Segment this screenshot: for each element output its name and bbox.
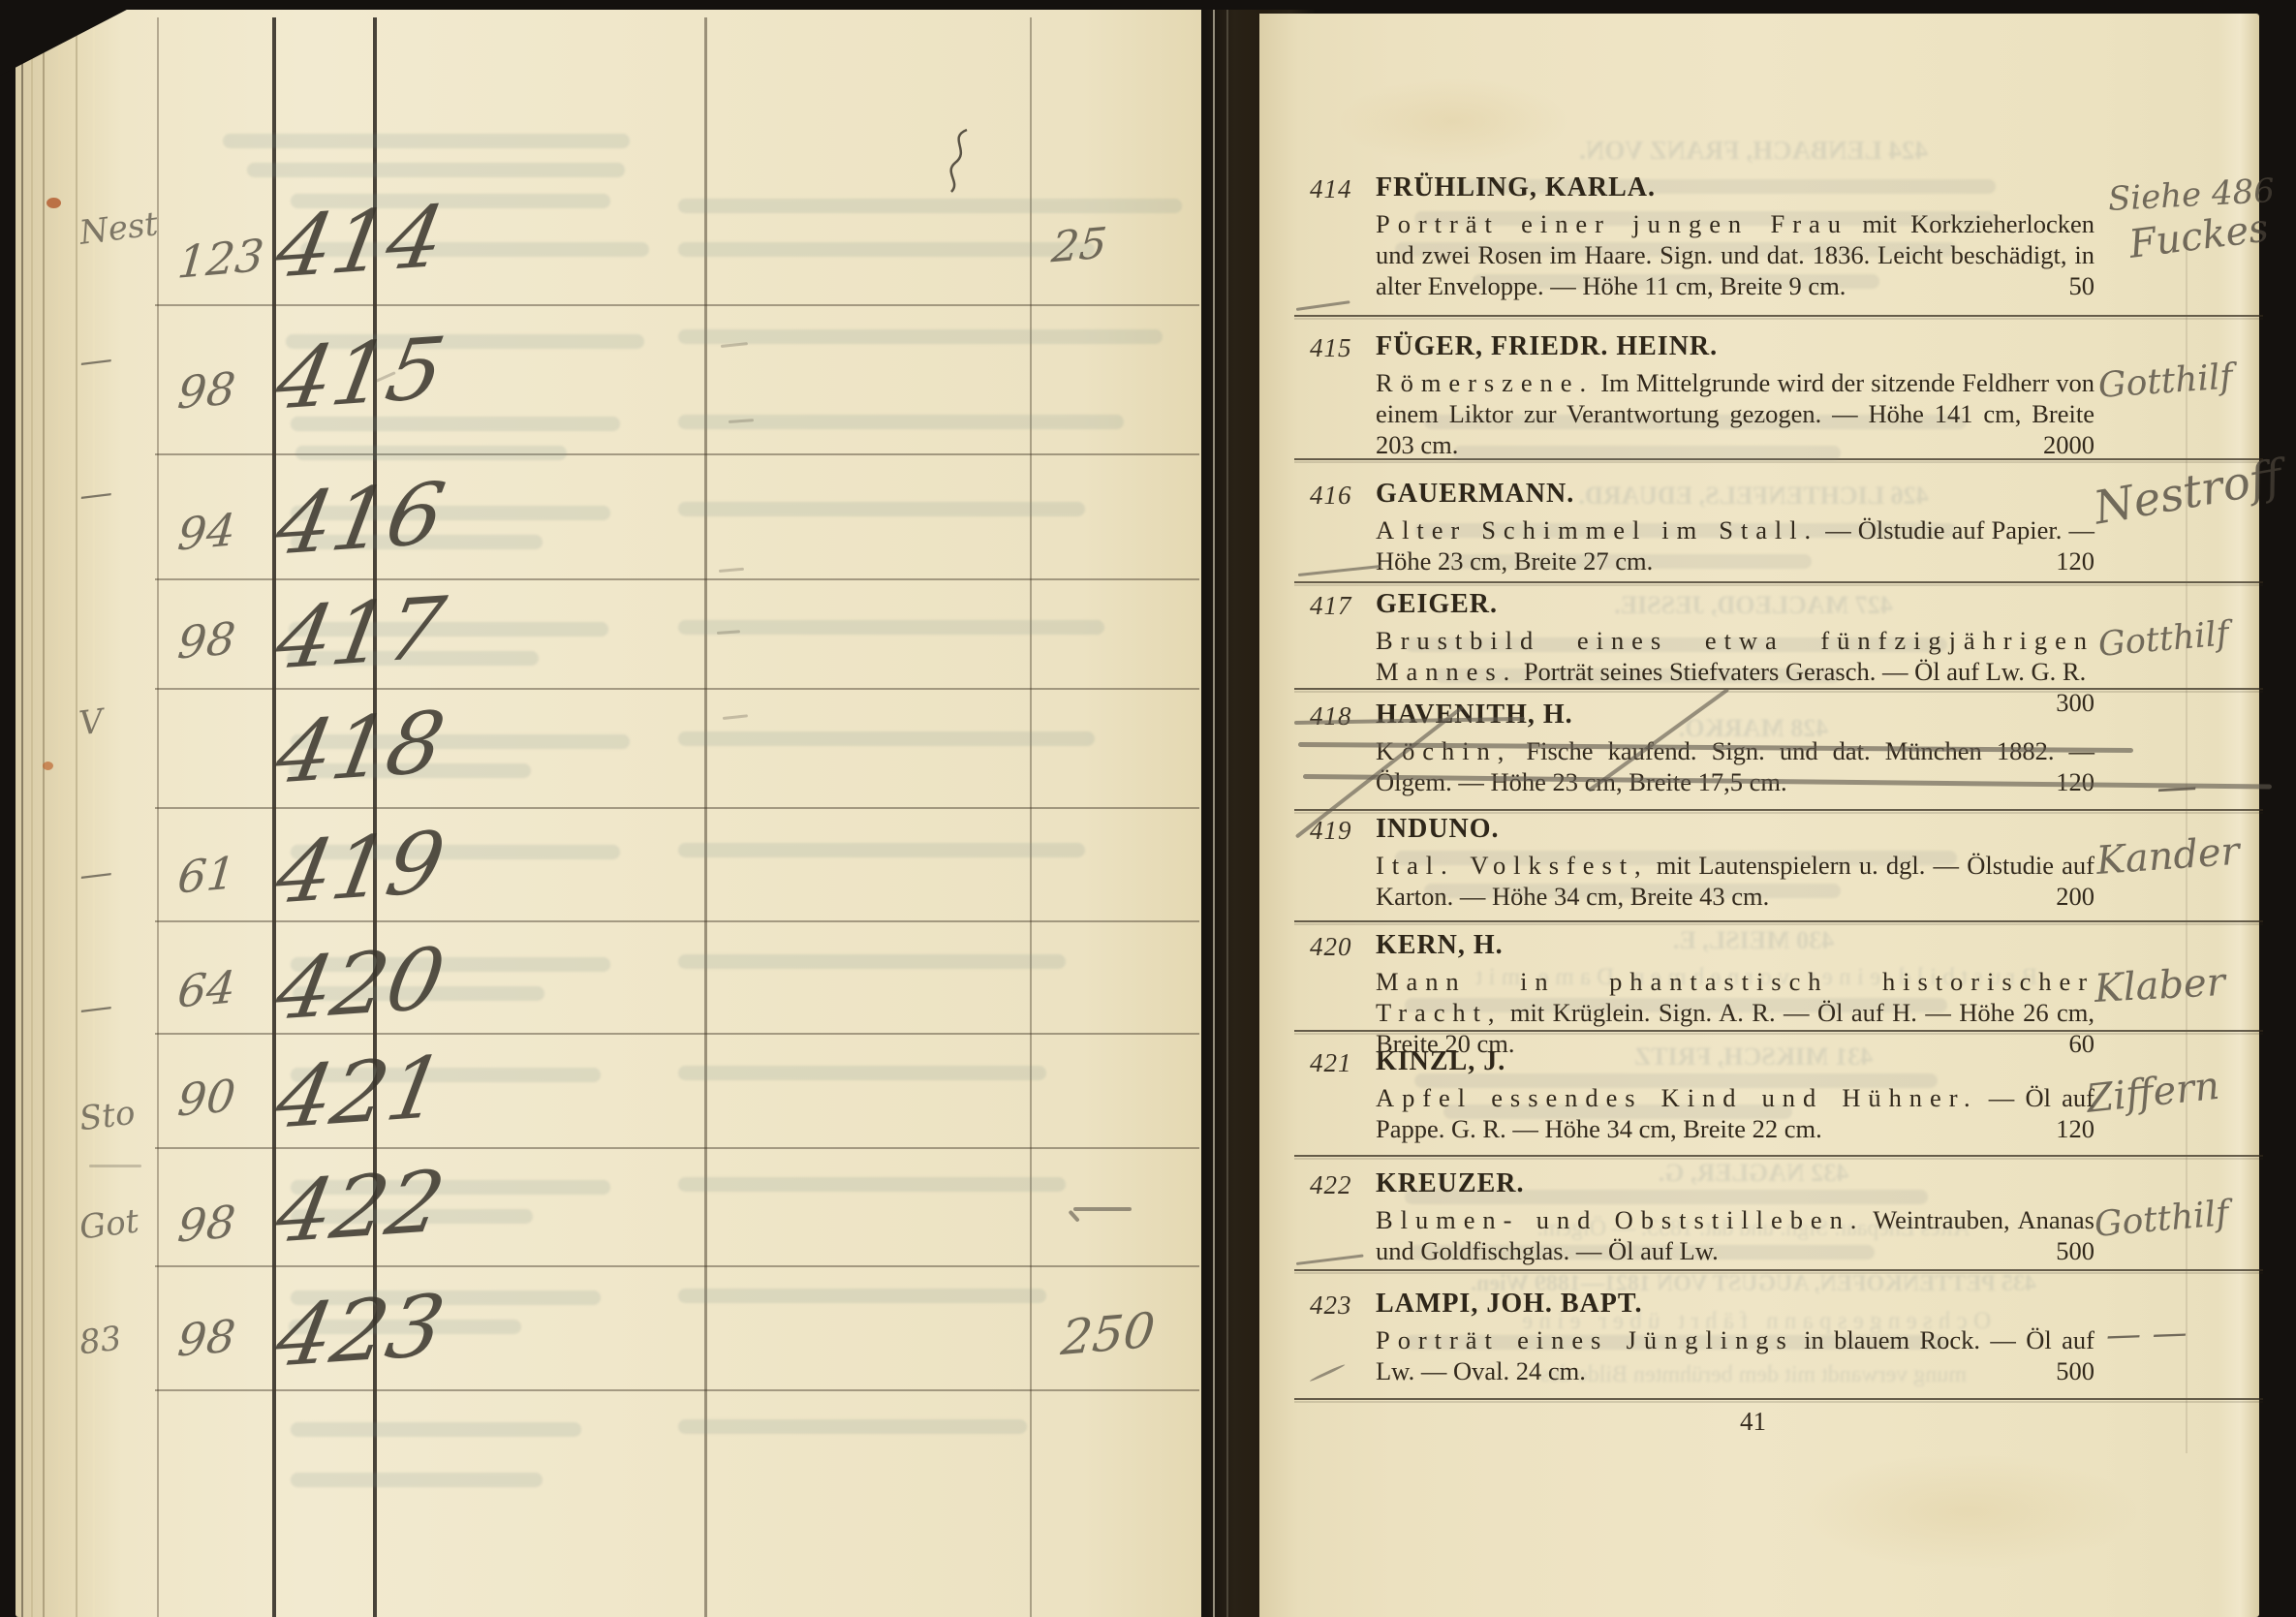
entry-number: 417 — [1310, 591, 1352, 621]
entry-description: Brustbild eines etwa fünfzigjährigen Man… — [1376, 625, 2094, 687]
entry-artist: KINZL, J. — [1376, 1046, 2096, 1077]
catalog-entry: 414FRÜHLING, KARLA.Porträt einer jungen … — [1310, 172, 2096, 301]
margin-note-handwritten: V — [78, 702, 106, 744]
lot-number-handwritten: 414 — [269, 186, 452, 296]
bleed-through-line — [291, 1473, 543, 1487]
entry-artist: GAUERMANN. — [1376, 479, 2096, 510]
rust-speck — [47, 198, 61, 208]
margin-note-handwritten: Got — [78, 1201, 141, 1247]
bleed-through-line — [678, 1289, 1046, 1303]
bleed-through-line — [678, 329, 1163, 344]
entry-price: 500 — [2056, 1235, 2094, 1266]
bleed-grid-line — [2186, 242, 2187, 1453]
ledger-vline — [704, 17, 707, 1617]
entry-divider-rule — [1294, 581, 2263, 583]
cover-top-edge — [0, 0, 2296, 10]
entry-number: 423 — [1310, 1290, 1352, 1321]
catalog-entry: 420KERN, H.Mann in phantastisch historis… — [1310, 930, 2096, 1059]
margin-note-handwritten: 83 — [78, 1320, 124, 1363]
entry-description: Alter Schimmel im Stall. — Ölstudie auf … — [1376, 514, 2094, 576]
paper-stain — [1337, 78, 1569, 165]
page-edge — [43, 12, 45, 1617]
bleed-through-line — [678, 242, 1095, 257]
ledger-vline — [1030, 17, 1032, 1617]
entry-description: Porträt eines Jünglings in blauem Rock. … — [1376, 1324, 2094, 1386]
ledger-hline — [155, 304, 1199, 306]
ink-squiggle — [938, 124, 986, 202]
entry-title-spaced: Porträt eines Jünglings — [1376, 1325, 1794, 1354]
page-edge — [76, 12, 78, 1617]
bleed-through-line — [678, 1177, 1066, 1192]
bleed-through-line — [678, 199, 1182, 213]
entry-divider-rule — [1294, 920, 2263, 922]
entry-number: 422 — [1310, 1170, 1352, 1200]
entry-number: 420 — [1310, 932, 1352, 962]
catalog-entry: 422KREUZER.Blumen- und Obststilleben. We… — [1310, 1168, 2096, 1266]
ledger-hline — [155, 807, 1199, 809]
margin-annotation-handwritten: Klaber — [2094, 960, 2226, 1011]
bleed-through-line — [678, 620, 1104, 635]
check-number-handwritten: 94 — [175, 504, 237, 561]
catalog-entry: 421KINZL, J.Apfel essendes Kind und Hühn… — [1310, 1046, 2096, 1144]
check-number-handwritten: 61 — [175, 847, 237, 904]
entry-description: Römerszene. Im Mittelgrunde wird der sit… — [1376, 367, 2094, 460]
bleed-through-line — [678, 1419, 1027, 1434]
entry-price: 120 — [2056, 545, 2094, 576]
entry-description: Ital. Volksfest, mit Lautenspielern u. d… — [1376, 850, 2094, 912]
check-number-handwritten: 98 — [175, 362, 237, 420]
check-number-handwritten: 98 — [175, 1196, 237, 1253]
pencil-hook — [1073, 1207, 1132, 1211]
margin-note-handwritten: — — [78, 473, 115, 515]
margin-note-handwritten: — — [78, 986, 115, 1029]
page-edge — [93, 12, 95, 1617]
entry-title-spaced: Mann in phantastisch historischer Tracht… — [1376, 967, 2094, 1027]
catalog-entry: 419INDUNO.Ital. Volksfest, mit Lautenspi… — [1310, 814, 2096, 912]
lot-number-handwritten: 420 — [269, 928, 452, 1039]
entry-title-spaced: Alter Schimmel im Stall. — [1376, 515, 1818, 544]
bleed-through-line — [291, 1422, 581, 1437]
entry-divider-rule — [1294, 315, 2263, 317]
entry-title-spaced: Ital. Volksfest, — [1376, 851, 1649, 880]
lot-number-handwritten: 417 — [269, 577, 452, 688]
entry-artist: INDUNO. — [1376, 814, 2096, 845]
entry-artist: LAMPI, JOH. BAPT. — [1376, 1289, 2096, 1320]
bleed-through-line — [247, 163, 625, 177]
entry-description: Mann in phantastisch historischer Tracht… — [1376, 966, 2094, 1059]
entry-divider-rule — [1294, 1398, 2263, 1400]
entry-title-spaced: Blumen- und Obststilleben. — [1376, 1205, 1864, 1234]
page-edge — [21, 12, 23, 1617]
page-edge — [58, 12, 60, 1617]
entry-artist: HAVENITH, H. — [1376, 700, 2096, 731]
paper-stain — [1792, 1453, 2141, 1570]
check-number-handwritten: 98 — [175, 1310, 237, 1367]
entry-artist: FRÜHLING, KARLA. — [1376, 172, 2096, 203]
catalog-entry: 415FÜGER, FRIEDR. HEINR.Römerszene. Im M… — [1310, 331, 2096, 460]
entry-number: 418 — [1310, 701, 1352, 731]
catalog-spread-scan: 414123Nest41598—41694—41798418V41961—420… — [0, 0, 2296, 1617]
ledger-vline — [157, 17, 159, 1617]
bleed-through-line — [678, 1066, 1046, 1080]
lot-number-handwritten: 419 — [269, 812, 452, 922]
bleed-through-line — [678, 954, 1066, 969]
lot-number-handwritten: 423 — [269, 1275, 452, 1385]
price-mark-handwritten: 250 — [1059, 1302, 1158, 1366]
pencil-underline — [89, 1165, 141, 1167]
price-mark-handwritten: 25 — [1049, 219, 1108, 273]
check-number-handwritten: 64 — [175, 961, 237, 1018]
bleed-through-line — [678, 502, 1085, 516]
lot-number-handwritten: 416 — [269, 463, 452, 574]
entry-price: 200 — [2056, 881, 2094, 912]
entry-title-spaced: Brustbild eines etwa fünfzigjährigen Man… — [1376, 626, 2094, 686]
lot-number-handwritten: 418 — [269, 692, 452, 802]
entry-artist: KREUZER. — [1376, 1168, 2096, 1199]
check-number-handwritten: 98 — [175, 612, 237, 669]
entry-number: 416 — [1310, 481, 1352, 511]
lot-number-handwritten: 422 — [269, 1151, 452, 1261]
entry-artist: GEIGER. — [1376, 589, 2096, 620]
entry-description: Apfel essendes Kind und Hühner. — Öl auf… — [1376, 1082, 2094, 1144]
margin-annotation-handwritten: — — — [2105, 1313, 2187, 1355]
entry-artist: FÜGER, FRIEDR. HEINR. — [1376, 331, 2096, 362]
entry-title-spaced: Apfel essendes Kind und Hühner. — [1376, 1083, 1978, 1112]
bleed-through-line — [223, 134, 630, 148]
ledger-hline — [155, 688, 1199, 690]
lot-number-handwritten: 421 — [269, 1037, 452, 1147]
entry-description: Porträt einer jungen Frau mit Korkzieher… — [1376, 208, 2094, 301]
page-edge — [1226, 0, 1228, 1617]
ledger-hline — [155, 578, 1199, 580]
margin-note-handwritten: — — [78, 853, 115, 895]
rust-speck — [43, 762, 53, 770]
entry-price: 2000 — [2043, 429, 2094, 460]
margin-note-handwritten: — — [78, 339, 115, 382]
page-edge — [31, 12, 33, 1617]
page-edge — [1213, 0, 1215, 1617]
entry-title-spaced: Porträt einer jungen Frau — [1376, 209, 1848, 238]
lot-number-handwritten: 415 — [269, 318, 452, 428]
ledger-hline — [155, 1265, 1199, 1267]
page-number: 41 — [1740, 1407, 1766, 1437]
check-number-handwritten: 90 — [175, 1070, 237, 1127]
entry-divider-rule — [1294, 1155, 2263, 1157]
bleed-through-line — [678, 731, 1095, 746]
entry-title-spaced: Römerszene. — [1376, 368, 1594, 397]
entry-artist: KERN, H. — [1376, 930, 2096, 961]
bleed-through-line — [295, 446, 567, 460]
entry-number: 415 — [1310, 333, 1352, 363]
entry-number: 421 — [1310, 1048, 1352, 1078]
entry-number: 414 — [1310, 174, 1352, 204]
catalog-entry: 423LAMPI, JOH. BAPT.Porträt eines Jüngli… — [1310, 1289, 2096, 1386]
ledger-hline — [155, 920, 1199, 922]
ledger-hline — [155, 1147, 1199, 1149]
entry-description: Blumen- und Obststilleben. Weintrauben, … — [1376, 1204, 2094, 1266]
entry-divider-rule — [1294, 809, 2263, 811]
entry-price: 500 — [2056, 1355, 2094, 1386]
ledger-hline — [155, 1389, 1199, 1391]
catalog-entry: 416GAUERMANN.Alter Schimmel im Stall. — … — [1310, 479, 2096, 576]
margin-note-handwritten: Sto — [78, 1094, 138, 1139]
bleed-through-line — [678, 843, 1085, 857]
entry-price: 50 — [2069, 270, 2095, 301]
check-number-handwritten: 123 — [175, 229, 266, 288]
